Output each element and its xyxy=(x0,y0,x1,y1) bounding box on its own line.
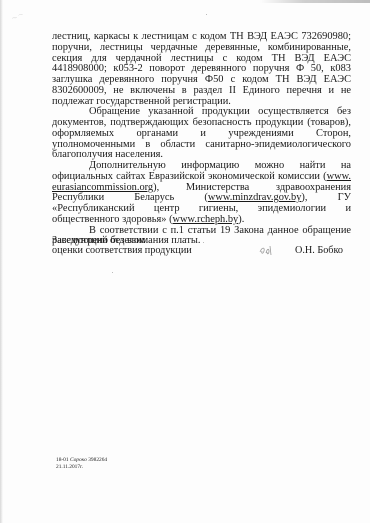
paragraph-3-text-d: ). xyxy=(238,214,244,225)
paragraph-1: лестниц, каркасы к лестницам с кодом ТН … xyxy=(52,32,351,107)
link-rcheph[interactable]: www.rcheph.by xyxy=(173,214,239,225)
scan-edge-left xyxy=(0,0,3,523)
paragraph-2: Обращение указанной продукции осуществля… xyxy=(52,107,351,161)
handwritten-signature-icon xyxy=(258,243,274,257)
scanned-letter-page: ⁓ ⌒ лестниц, каркасы к лестницам с кодом… xyxy=(0,0,370,523)
paragraph-3: Дополнительную информацию можно найти на… xyxy=(52,161,351,226)
footer-executor-name: Сорокo xyxy=(70,457,87,463)
footer-line-1: 18-01 Сорокo 3982264 xyxy=(56,457,107,464)
footer-code: 18-01 xyxy=(56,457,69,463)
footer-executor: 18-01 Сорокo 3982264 21.11.2017г. xyxy=(56,457,107,471)
faint-mark: ⁓ ⌒ xyxy=(12,13,24,21)
signatory-name: О.Н. Бобко xyxy=(295,245,343,256)
footer-phone: 3982264 xyxy=(88,457,107,463)
footer-date: 21.11.2017г. xyxy=(56,464,107,471)
letter-body: лестниц, каркасы к лестницам с кодом ТН … xyxy=(52,32,351,247)
link-minzdrav[interactable]: www.minzdrav.gov.by xyxy=(208,192,302,203)
paragraph-3-text-a: Дополнительную информацию можно найти на… xyxy=(52,160,351,182)
scan-edge-top xyxy=(260,0,370,3)
scan-speck xyxy=(112,272,113,273)
scan-speck xyxy=(206,14,207,15)
paragraph-2-text: Обращение указанной продукции осуществля… xyxy=(52,106,351,160)
paragraph-1-text: лестниц, каркасы к лестницам с кодом ТН … xyxy=(52,31,351,107)
scan-speck xyxy=(203,242,204,243)
